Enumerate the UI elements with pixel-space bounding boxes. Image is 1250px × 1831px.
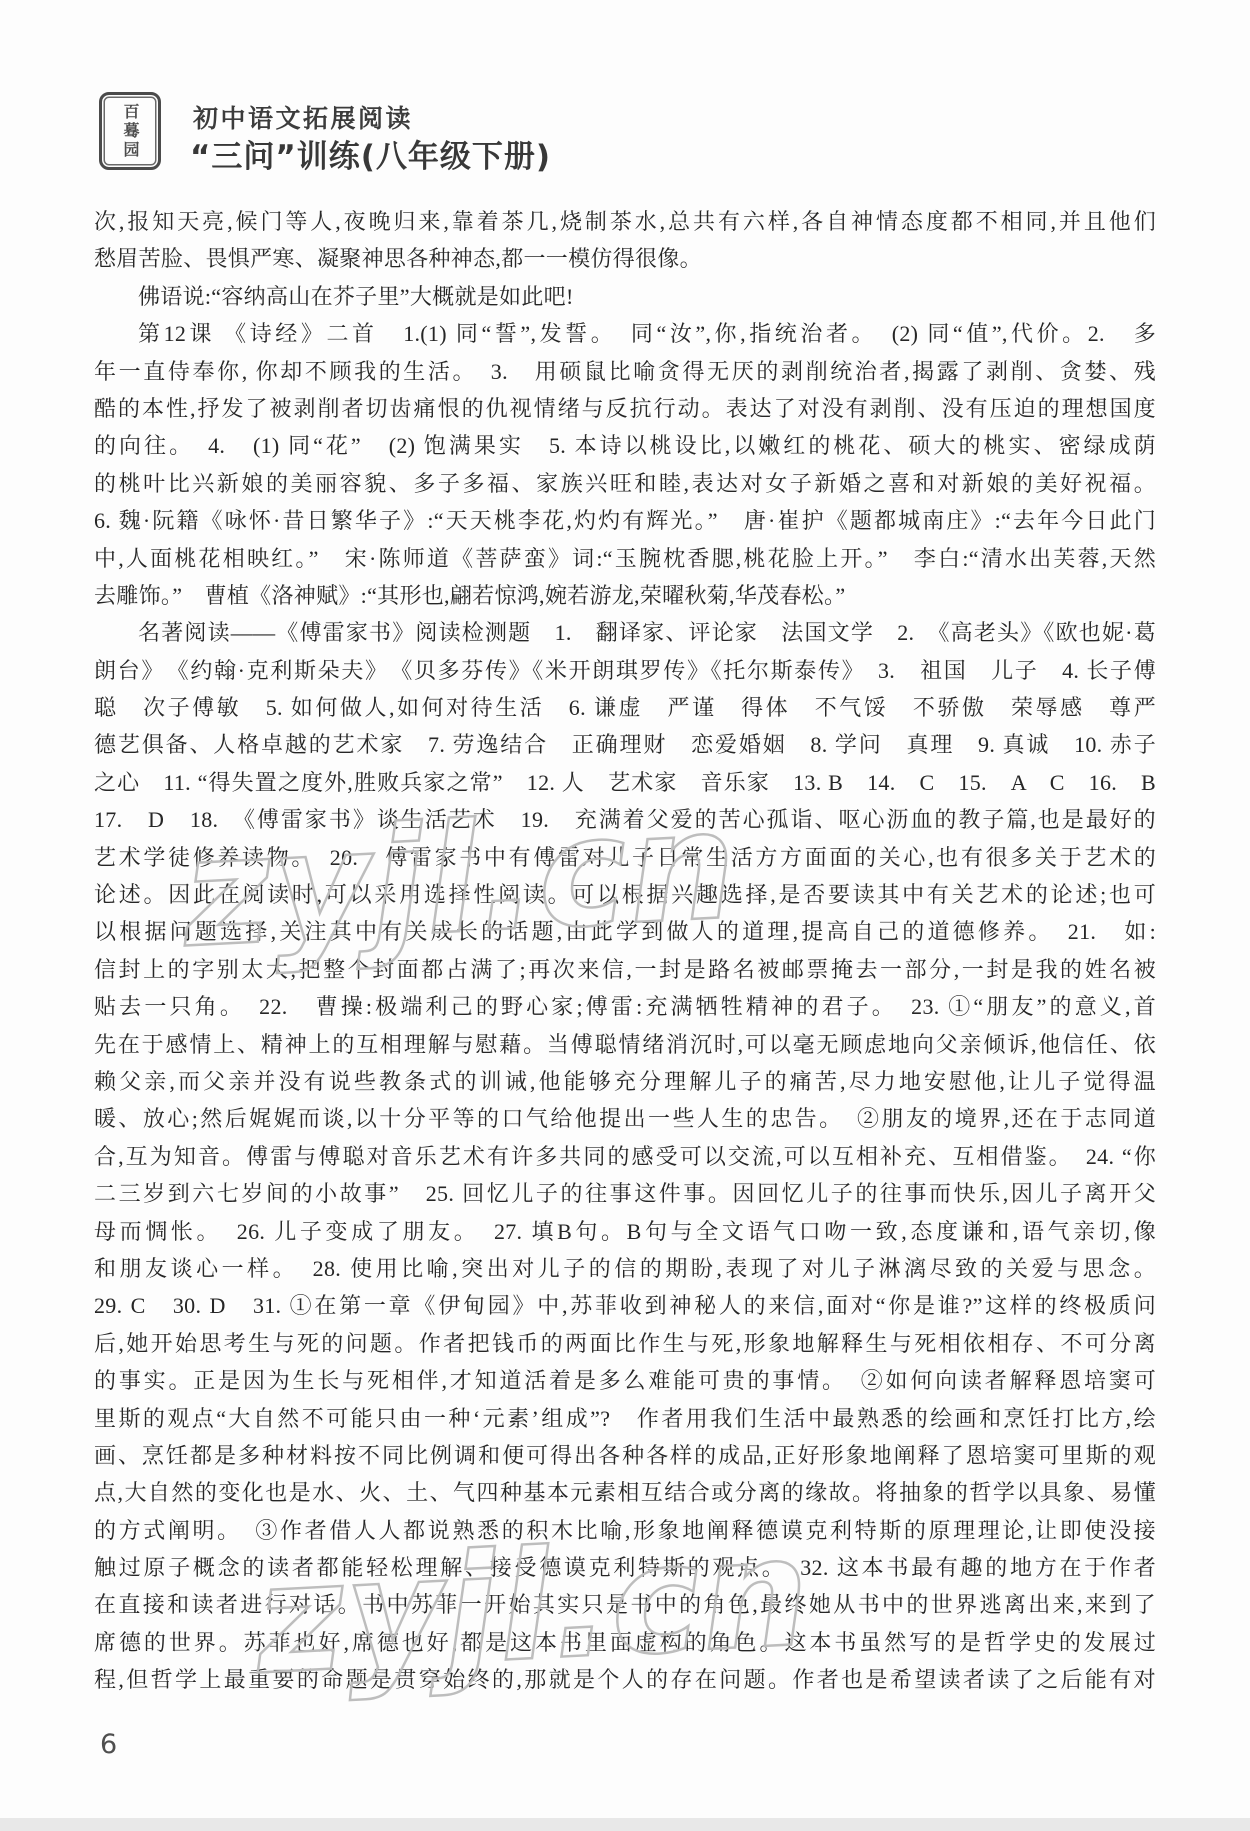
text-line: 的桃叶比兴新娘的美丽容貌、多子多福、家族兴旺和睦,表达对女子新婚之喜和对新娘的美…: [94, 465, 1156, 502]
publisher-seal-text: 百蓦园: [122, 103, 138, 160]
text-line: 佛语说:“容纳高山在芥子里”大概就是如此吧!: [94, 278, 1156, 315]
text-line: 去雕饰。” 曹植《洛神赋》:“其形也,翩若惊鸿,婉若游龙,荣曜秋菊,华茂春松。”: [94, 577, 1156, 614]
text-line: 的方式阐明。 ③作者借人人都说熟悉的积木比喻,形象地阐释德谟克利特斯的原理理论,…: [94, 1512, 1156, 1549]
answer-text-block: 次,报知天亮,候门等人,夜晚归来,靠着茶几,烧制茶水,总共有六样,各自神情态度都…: [94, 203, 1156, 1699]
text-line: 艺术学徒修养读物。 20. 傅雷家书中有傅雷对儿子日常生活方方面面的关心,也有很…: [94, 839, 1156, 876]
text-line: 赖父亲,而父亲并没有说些教条式的训诫,他能够充分理解儿子的痛苦,尽力地安慰他,让…: [94, 1063, 1156, 1100]
text-line: 触过原子概念的读者都能轻松理解、接受德谟克利特斯的观点。 32. 这本书最有趣的…: [94, 1549, 1156, 1586]
text-line: 第12课 《诗经》二首 1.(1) 同“誓”,发誓。 同“汝”,你,指统治者。 …: [94, 315, 1156, 352]
text-line: 次,报知天亮,候门等人,夜晚归来,靠着茶几,烧制茶水,总共有六样,各自神情态度都…: [94, 203, 1156, 240]
text-line: 母而惆怅。 26. 儿子变成了朋友。 27. 填B句。B句与全文语气口吻一致,态…: [94, 1213, 1156, 1250]
text-line: 名著阅读——《傅雷家书》阅读检测题 1. 翻译家、评论家 法国文学 2. 《高老…: [94, 614, 1156, 651]
text-line: 以根据问题选择,关注其中有关成长的话题,由此学到做人的道理,提高自己的道德修养。…: [94, 913, 1156, 950]
text-line: 的向往。 4. (1) 同“花” (2) 饱满果实 5. 本诗以桃设比,以嫩红的…: [94, 427, 1156, 464]
text-line: 二三岁到六七岁间的小故事” 25. 回忆儿子的往事这件事。因回忆儿子的往事而快乐…: [94, 1175, 1156, 1212]
text-line: 聪 次子傅敏 5. 如何做人,如何对待生活 6. 谦虚 严谨 得体 不气馁 不骄…: [94, 689, 1156, 726]
text-line: 之心 11. “得失置之度外,胜败兵家之常” 12. 人 艺术家 音乐家 13.…: [94, 764, 1156, 801]
text-line: 暖、放心;然后娓娓而谈,以十分平等的口气给他提出一些人生的忠告。 ②朋友的境界,…: [94, 1100, 1156, 1137]
text-line: 酷的本性,抒发了被剥削者切齿痛恨的仇视情绪与反抗行动。表达了对没有剥削、没有压迫…: [94, 390, 1156, 427]
text-line: 论述。因此在阅读时,可以采用选择性阅读。可以根据兴趣选择,是否要读其中有关艺术的…: [94, 876, 1156, 913]
text-line: 的事实。正是因为生长与死相伴,才知道活着是多么难能可贵的事情。 ②如何向读者解释…: [94, 1362, 1156, 1399]
text-line: 和朋友谈心一样。 28. 使用比喻,突出对儿子的信的期盼,表现了对儿子淋漓尽致的…: [94, 1250, 1156, 1287]
text-line: 席德的世界。苏菲也好,席德也好,都是这本书里面虚构的角色。这本书虽然写的是哲学史…: [94, 1624, 1156, 1661]
scanned-answer-page: 百蓦园 初中语文拓展阅读 “三问”训练(八年级下册) 次,报知天亮,候门等人,夜…: [0, 0, 1250, 1831]
text-line: 29. C 30. D 31. ①在第一章《伊甸园》中,苏菲收到神秘人的来信,面…: [94, 1287, 1156, 1324]
text-line: 先在于感情上、精神上的互相理解与慰藉。当傅聪情绪消沉时,可以毫无顾虑地向父亲倾诉…: [94, 1026, 1156, 1063]
text-line: 点,大自然的变化也是水、火、土、气四种基本元素相互结合或分离的缘故。将抽象的哲学…: [94, 1474, 1156, 1511]
page-number: 6: [100, 1729, 117, 1760]
text-line: 信封上的字别太大,把整个封面都占满了;再次来信,一封是路名被邮票掩去一部分,一封…: [94, 951, 1156, 988]
text-line: 6. 魏·阮籍《咏怀·昔日繁华子》:“天天桃李花,灼灼有辉光。” 唐·崔护《题都…: [94, 502, 1156, 539]
text-line: 愁眉苦脸、畏惧严寒、凝聚神思各种神态,都一一模仿得很像。: [94, 240, 1156, 277]
text-line: 朗台》 《约翰·克利斯朵夫》 《贝多芬传》《米开朗琪罗传》《托尔斯泰传》 3. …: [94, 652, 1156, 689]
text-line: 里斯的观点“大自然不可能只由一种‘元素’组成”? 作者用我们生活中最熟悉的绘画和…: [94, 1400, 1156, 1437]
text-line: 中,人面桃花相映红。” 宋·陈师道《菩萨蛮》词:“玉腕枕香腮,桃花脸上开。” 李…: [94, 540, 1156, 577]
text-line: 后,她开始思考生与死的问题。作者把钱币的两面比作生与死,形象地解释生与死相依相存…: [94, 1325, 1156, 1362]
publisher-seal-logo: 百蓦园: [99, 92, 161, 170]
book-title: “三问”训练(八年级下册): [190, 131, 551, 176]
text-line: 德艺俱备、人格卓越的艺术家 7. 劳逸结合 正确理财 恋爱婚姻 8. 学问 真理…: [94, 726, 1156, 763]
series-title: 初中语文拓展阅读: [193, 99, 413, 135]
scan-edge-strip: [0, 1818, 1250, 1831]
text-line: 年一直侍奉你, 你却不顾我的生活。 3. 用硕鼠比喻贪得无厌的剥削统治者,揭露了…: [94, 353, 1156, 390]
text-line: 在直接和读者进行对话。书中苏菲一开始其实只是书中的角色,最终她从书中的世界逃离出…: [94, 1586, 1156, 1623]
text-line: 合,互为知音。傅雷与傅聪对音乐艺术有许多共同的感受可以交流,可以互相补充、互相借…: [94, 1138, 1156, 1175]
text-line: 17. D 18. 《傅雷家书》谈生活艺术 19. 充满着父爱的苦心孤诣、呕心沥…: [94, 801, 1156, 838]
text-line: 画、烹饪都是多种材料按不同比例调和便可得出各种各样的成品,正好形象地阐释了恩培窦…: [94, 1437, 1156, 1474]
answer-lines: 次,报知天亮,候门等人,夜晚归来,靠着茶几,烧制茶水,总共有六样,各自神情态度都…: [94, 203, 1156, 1699]
text-line: 贴去一只角。 22. 曹操:极端利己的野心家;傅雷:充满牺牲精神的君子。 23.…: [94, 988, 1156, 1025]
text-line: 程,但哲学上最重要的命题是贯穿始终的,那就是个人的存在问题。作者也是希望读者读了…: [94, 1661, 1156, 1698]
